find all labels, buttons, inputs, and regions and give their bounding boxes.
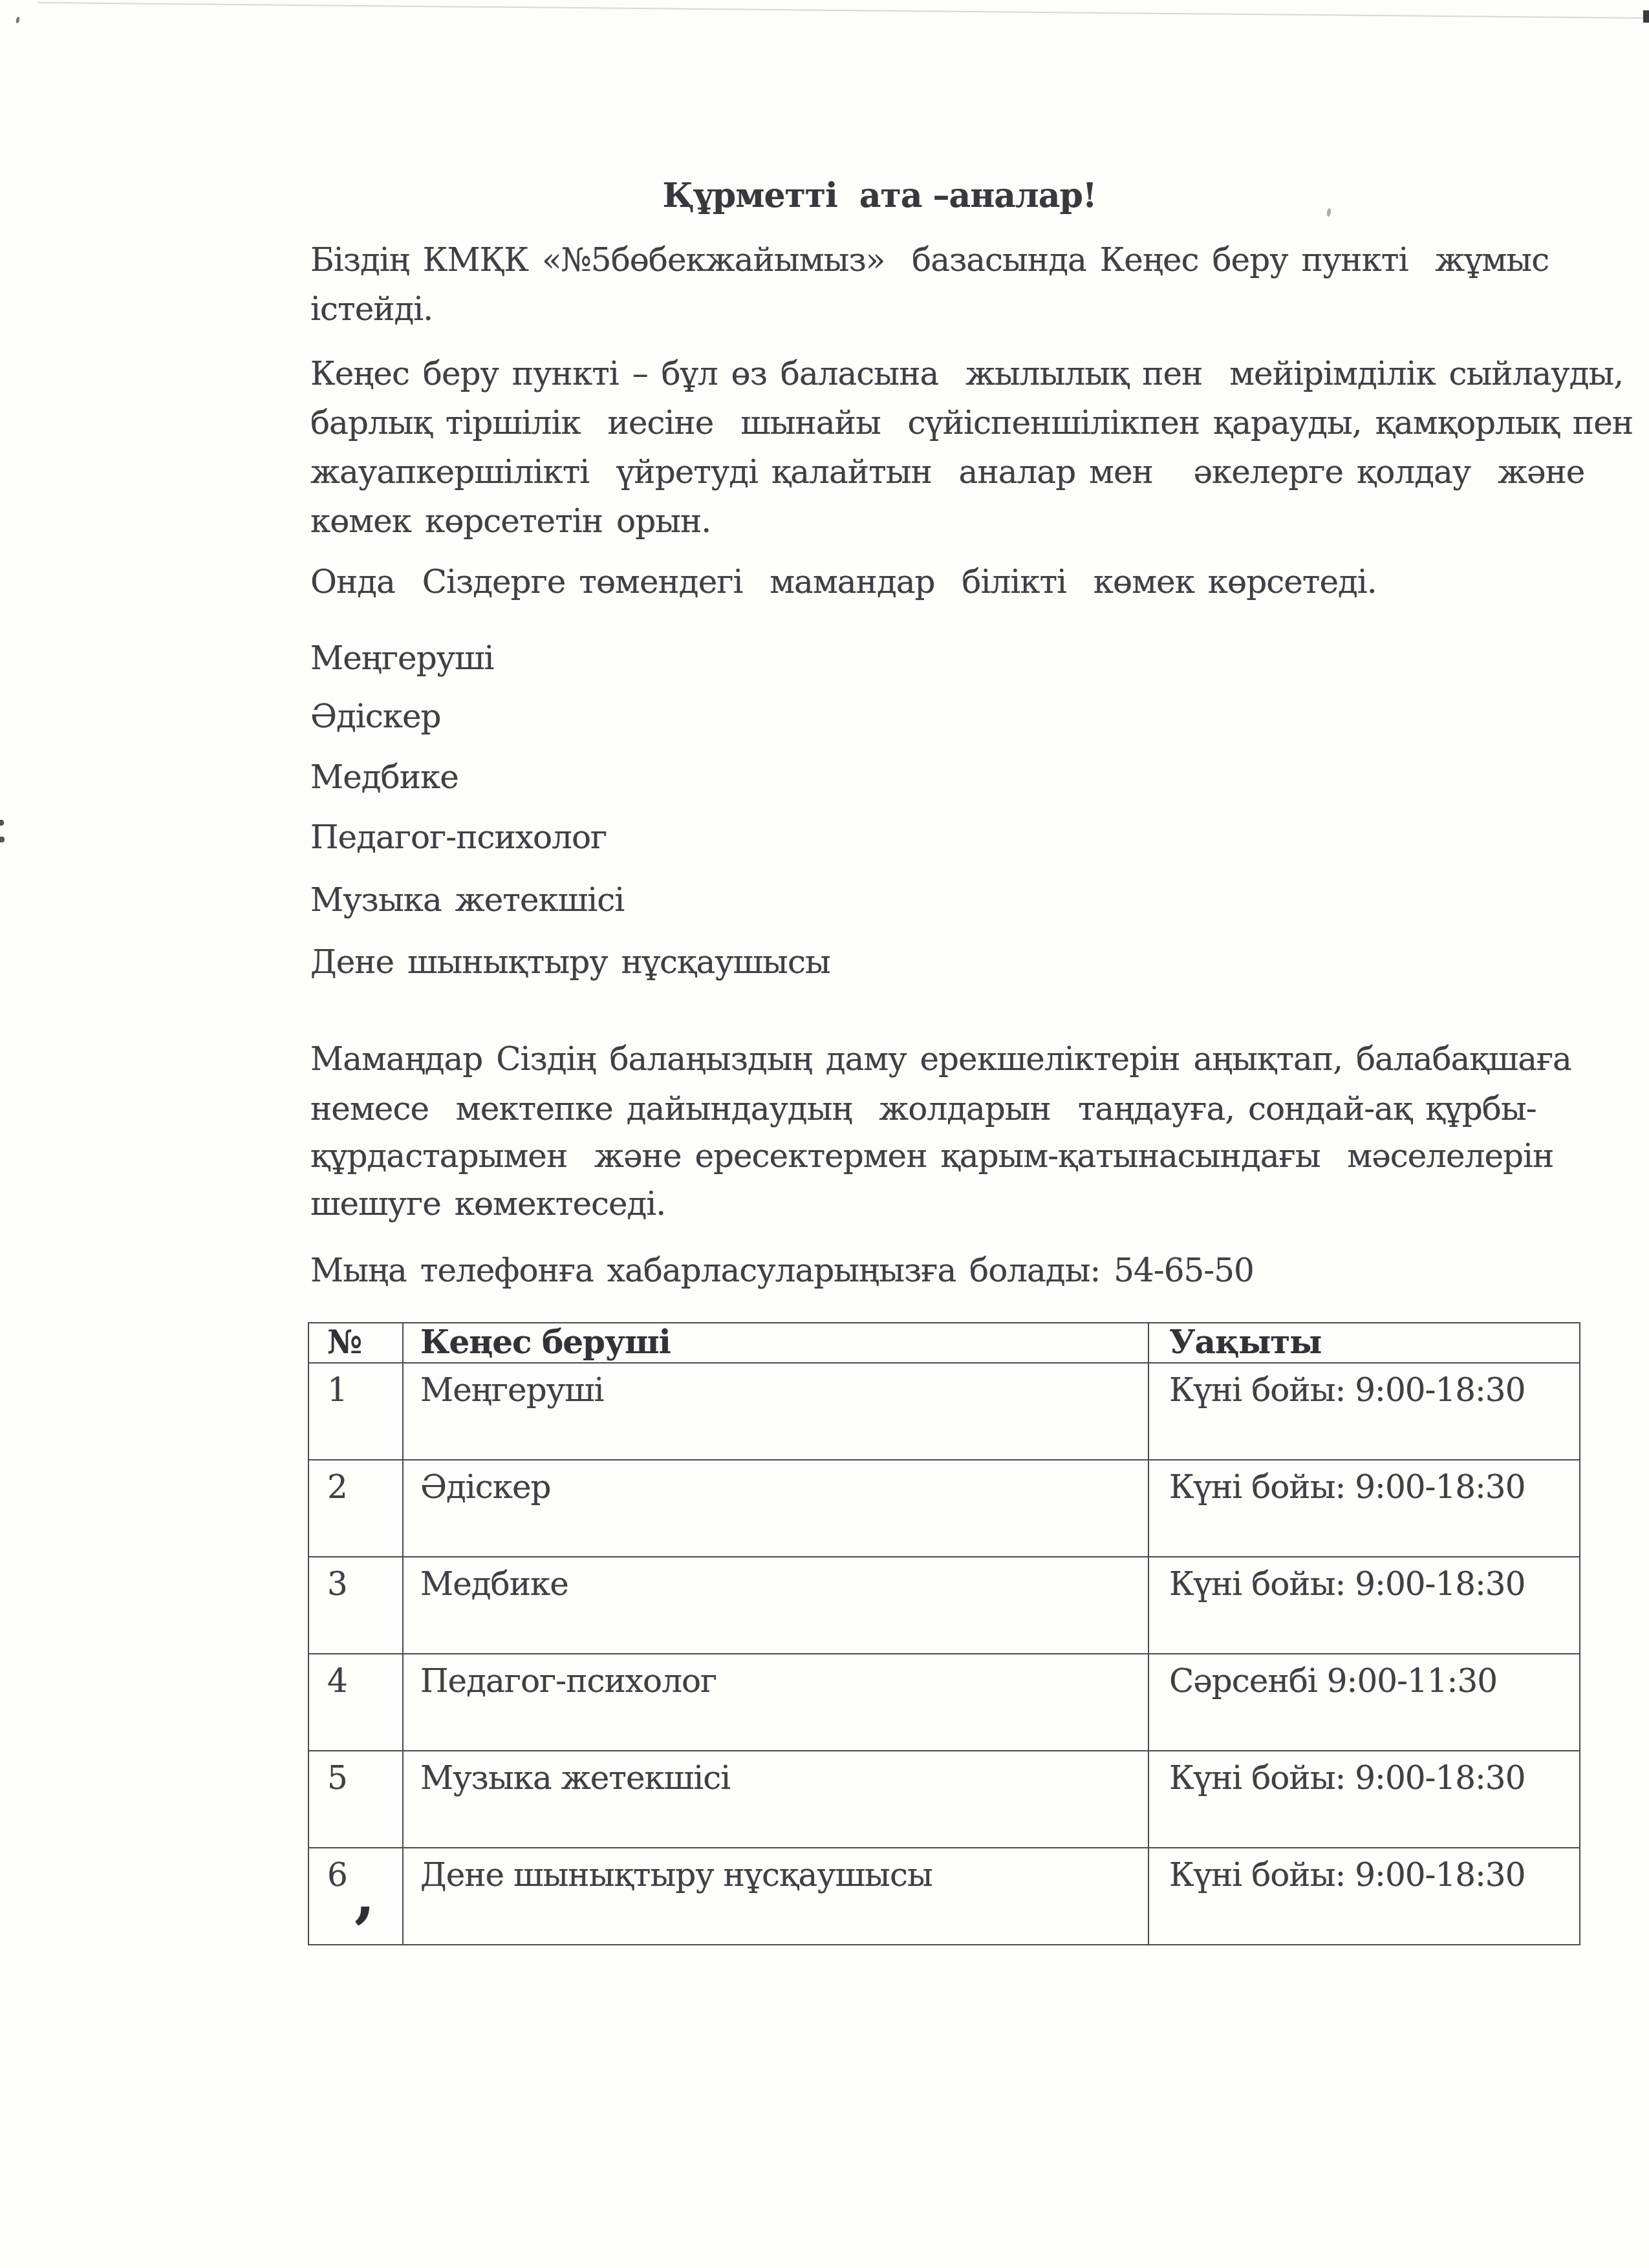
phone-line: Мыңа телефонға хабарласуларыңызға болады…: [310, 1254, 1254, 1287]
paragraph-4-line: немесе мектепке дайындаудың жолдарын таң…: [310, 1093, 1536, 1125]
paragraph-1-line: істейді.: [310, 293, 433, 325]
table-row: 5 Музыка жетекшісі Күні бойы: 9:00-18:30: [308, 1751, 1580, 1848]
table-row: 6 Дене шынықтыру нұсқаушысы Күні бойы: 9…: [308, 1848, 1580, 1945]
paragraph-2-line: Кеңес беру пункті – бұл өз баласына жылы…: [310, 358, 1623, 390]
specialist-item: Дене шынықтыру нұсқаушысы: [310, 946, 830, 978]
row-consultant: Дене шынықтыру нұсқаушысы: [403, 1848, 1148, 1945]
row-number: 4: [308, 1654, 403, 1751]
paragraph-4-line: құрдастарымен және ересектермен қарым-қа…: [310, 1140, 1553, 1172]
row-consultant: Медбике: [403, 1557, 1148, 1654]
paragraph-4-line: Мамаңдар Сіздің балаңыздың даму ерекшелі…: [310, 1043, 1571, 1075]
row-time: Күні бойы: 9:00-18:30: [1148, 1557, 1580, 1654]
paragraph-3-line: Онда Сіздерге төмендегі мамандар білікті…: [310, 566, 1377, 598]
specialist-item: Әдіскер: [310, 700, 441, 733]
row-time: Күні бойы: 9:00-18:30: [1148, 1460, 1580, 1557]
scan-artifact-ink-mark: ,: [354, 1865, 375, 1925]
row-consultant: Музыка жетекшісі: [403, 1751, 1148, 1848]
table-header-consultant: Кеңес беруші: [403, 1323, 1148, 1363]
row-consultant: Әдіскер: [403, 1460, 1148, 1557]
table-row: 4 Педагог-психолог Сәрсенбі 9:00-11:30: [308, 1654, 1580, 1751]
row-number: 2: [308, 1460, 403, 1557]
scan-artifact-speck: [16, 17, 20, 24]
table-row: 1 Меңгеруші Күні бойы: 9:00-18:30: [308, 1363, 1580, 1460]
table-header-row: № Кеңес беруші Уақыты: [308, 1323, 1580, 1363]
schedule-table: № Кеңес беруші Уақыты 1 Меңгеруші Күні б…: [308, 1322, 1580, 1945]
table-row: 2 Әдіскер Күні бойы: 9:00-18:30: [308, 1460, 1580, 1557]
row-time: Сәрсенбі 9:00-11:30: [1148, 1654, 1580, 1751]
scan-artifact-line: [38, 2, 1646, 19]
scan-artifact-corner: [1643, 10, 1649, 23]
row-consultant: Меңгеруші: [403, 1363, 1148, 1460]
table-header-number: №: [308, 1323, 403, 1363]
paragraph-2-line: барлық тіршілік иесіне шынайы сүйіспенші…: [310, 407, 1633, 439]
page-title: Құрметті ата –аналар!: [0, 179, 1649, 213]
row-time: Күні бойы: 9:00-18:30: [1148, 1848, 1580, 1945]
specialist-item: Музыка жетекшісі: [310, 884, 624, 916]
row-number: 3: [308, 1557, 403, 1654]
specialist-item: Меңгеруші: [310, 642, 494, 674]
paragraph-4-line: шешуге көмектеседі.: [310, 1188, 665, 1220]
specialist-item: Медбике: [310, 761, 458, 793]
row-number: 1: [308, 1363, 403, 1460]
specialist-item: Педагог-психолог: [310, 821, 607, 853]
table-header-time: Уақыты: [1148, 1323, 1580, 1363]
scan-artifact-speck: [0, 837, 5, 842]
scan-artifact-speck: [0, 820, 4, 826]
row-time: Күні бойы: 9:00-18:30: [1148, 1751, 1580, 1848]
paragraph-1-line: Біздің КМҚК «№5бөбекжайымыз» базасында К…: [310, 244, 1549, 276]
row-time: Күні бойы: 9:00-18:30: [1148, 1363, 1580, 1460]
table-row: 3 Медбике Күні бойы: 9:00-18:30: [308, 1557, 1580, 1654]
row-consultant: Педагог-психолог: [403, 1654, 1148, 1751]
scanned-document-page: Құрметті ата –аналар! Біздің КМҚК «№5бөб…: [0, 0, 1649, 2268]
row-number: 5: [308, 1751, 403, 1848]
paragraph-2-line: көмек көрсететін орын.: [310, 505, 711, 537]
paragraph-2-line: жауапкершілікті үйретуді қалайтын аналар…: [310, 456, 1584, 488]
